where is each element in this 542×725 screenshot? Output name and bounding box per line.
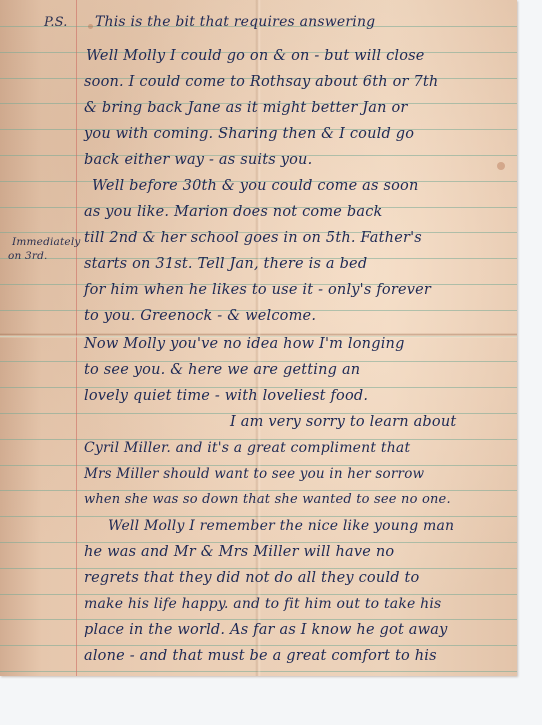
letter-line: place in the world. As far as I know he … <box>84 622 447 638</box>
letter-line: Well Molly I remember the nice like youn… <box>108 518 454 534</box>
letter-line: to you. Greenock - & welcome. <box>84 308 316 324</box>
letter-line: Well Molly I could go on & on - but will… <box>86 48 425 64</box>
stain-mark <box>497 162 505 170</box>
letter-line: Mrs Miller should want to see you in her… <box>84 466 424 482</box>
margin-note-line-1: Immediately <box>12 236 81 248</box>
ps-marker: P.S. <box>44 15 68 30</box>
stain-mark <box>88 24 93 29</box>
letter-line: alone - and that must be a great comfort… <box>84 648 437 664</box>
letter-line: regrets that they did not do all they co… <box>84 570 419 586</box>
letter-line: starts on 31st. Tell Jan, there is a bed <box>84 256 367 272</box>
letter-line: when she was so down that she wanted to … <box>84 492 451 507</box>
letter-line: back either way - as suits you. <box>84 152 312 168</box>
letter-line: I am very sorry to learn about <box>230 414 456 430</box>
letter-line: Cyril Miller. and it's a great complimen… <box>84 440 410 456</box>
margin-line <box>76 0 77 676</box>
letter-line: make his life happy. and to fit him out … <box>84 596 441 612</box>
letter-line: to see you. & here we are getting an <box>84 362 360 378</box>
letter-line: as you like. Marion does not come back <box>84 204 383 220</box>
letter-line: he was and Mr & Mrs Miller will have no <box>84 544 394 560</box>
letter-line: Now Molly you've no idea how I'm longing <box>84 336 405 352</box>
letter-line: lovely quiet time - with loveliest food. <box>84 388 368 404</box>
letter-line: Well before 30th & you could come as soo… <box>92 178 419 194</box>
letter-line: till 2nd & her school goes in on 5th. Fa… <box>84 230 422 246</box>
letter-line: soon. I could come to Rothsay about 6th … <box>84 74 438 90</box>
letter-line: & bring back Jane as it might better Jan… <box>84 100 408 116</box>
letter-page: P.S. Immediately on 3rd. This is the bit… <box>0 0 517 676</box>
letter-line: for him when he likes to use it - only's… <box>84 282 431 298</box>
letter-line: you with coming. Sharing then & I could … <box>84 126 414 142</box>
letter-line: This is the bit that requires answering <box>95 14 375 30</box>
margin-note-line-2: on 3rd. <box>8 250 48 262</box>
